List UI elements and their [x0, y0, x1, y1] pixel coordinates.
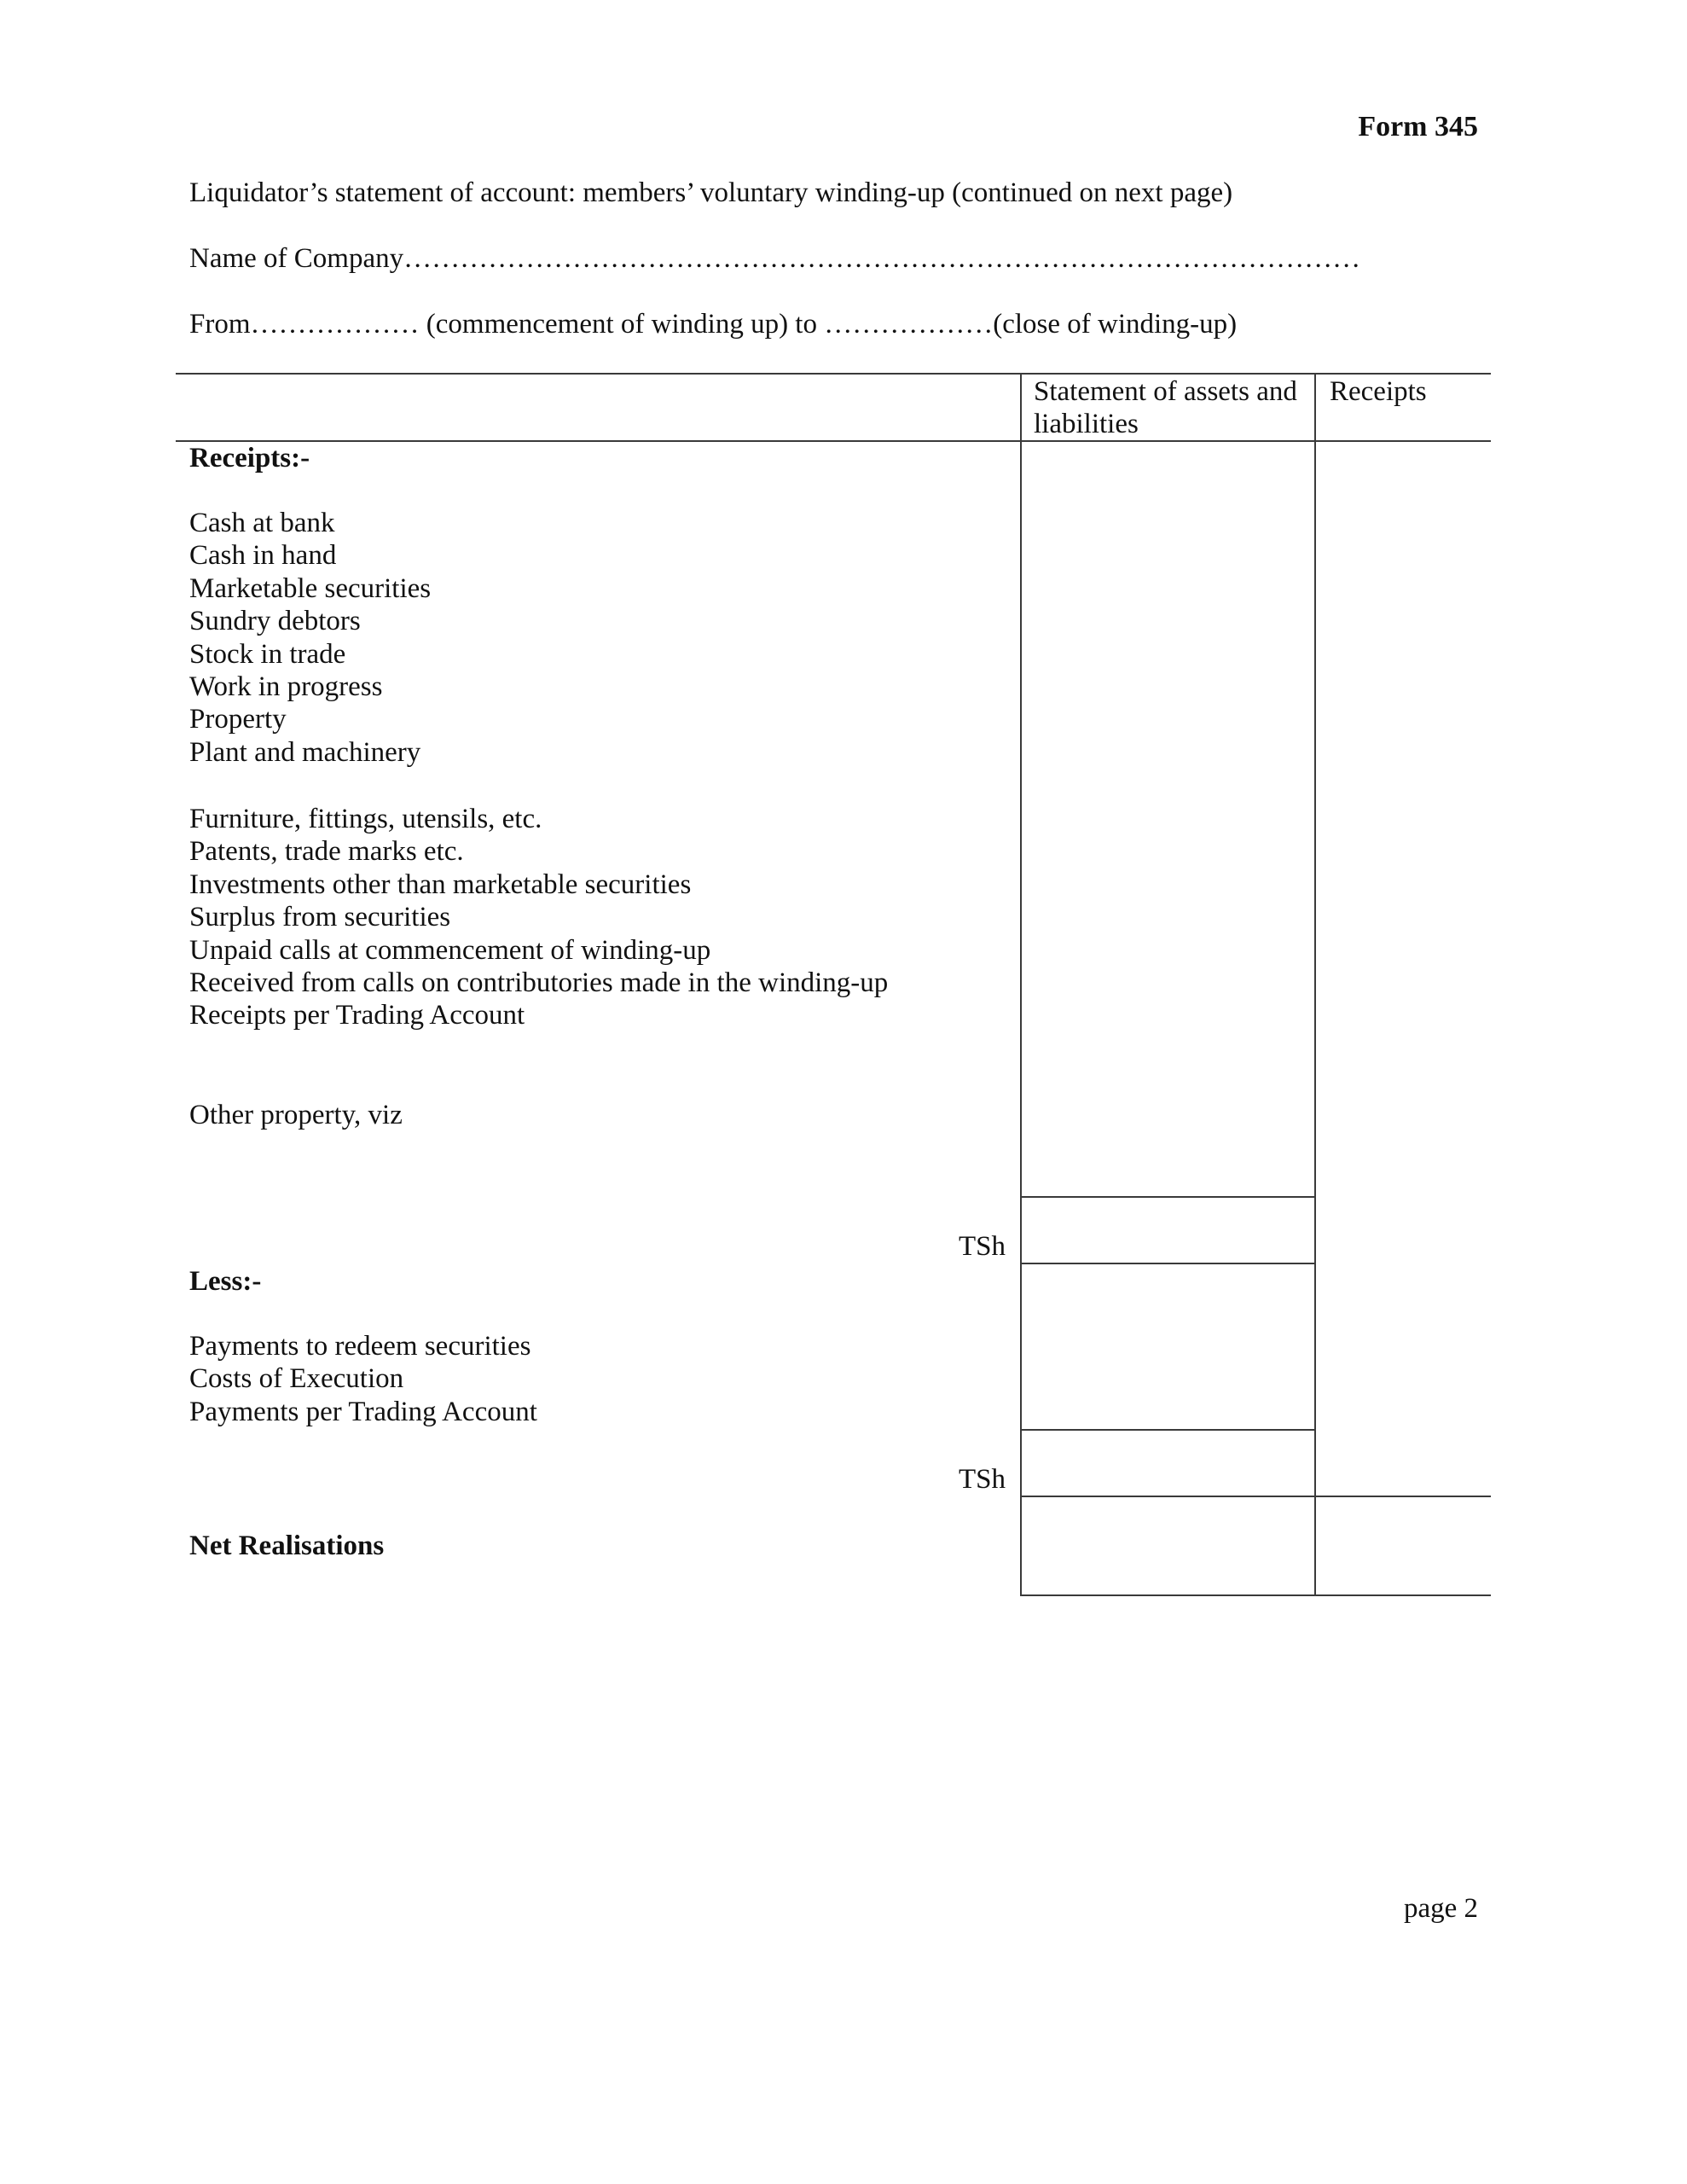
form-number: Form 345 — [1358, 111, 1478, 143]
period-to-field[interactable]: ……………… — [824, 309, 993, 340]
list-item: Surplus from securities — [189, 901, 450, 933]
list-item: Payments to redeem securities — [189, 1330, 530, 1362]
list-item: Patents, trade marks etc. — [189, 835, 464, 868]
statement-subtotal-cell-1[interactable] — [1022, 1198, 1314, 1263]
list-item: Work in progress — [189, 671, 382, 703]
period-from-field[interactable]: ……………… — [251, 309, 420, 340]
list-item: Cash at bank — [189, 507, 334, 539]
list-item: Payments per Trading Account — [189, 1396, 537, 1428]
period-line: From……………… (commencement of winding up) … — [189, 308, 1237, 340]
receipts-column-cell[interactable] — [1316, 442, 1491, 1496]
statement-title: Liquidator’s statement of account: membe… — [189, 177, 1232, 209]
subtotal-currency-1: TSh — [959, 1230, 1006, 1263]
table-top-rule — [176, 373, 1491, 375]
company-name-label: Name of Company — [189, 243, 403, 274]
subtotal-currency-2: TSh — [959, 1463, 1006, 1496]
list-item: Unpaid calls at commencement of winding-… — [189, 934, 710, 967]
list-item: Property — [189, 703, 287, 735]
net-realisations-label: Net Realisations — [189, 1530, 384, 1562]
list-item: Stock in trade — [189, 638, 345, 671]
period-from-note: (commencement of winding up) to — [420, 309, 825, 340]
list-item: Cash in hand — [189, 539, 336, 572]
statement-less-cell[interactable] — [1022, 1264, 1314, 1429]
receipts-net-cell[interactable] — [1316, 1497, 1491, 1594]
list-item: Investments other than marketable securi… — [189, 868, 691, 901]
statement-net-cell[interactable] — [1022, 1497, 1314, 1594]
list-item: Sundry debtors — [189, 605, 361, 637]
company-name-field[interactable]: ………………………………………………………………………………………… — [403, 243, 1360, 274]
list-item: Furniture, fittings, utensils, etc. — [189, 803, 542, 835]
statement-subtotal-cell-2[interactable] — [1022, 1431, 1314, 1496]
list-item: Costs of Execution — [189, 1362, 403, 1395]
list-item: Received from calls on contributories ma… — [189, 967, 888, 999]
other-property-label: Other property, viz — [189, 1099, 403, 1131]
table-bottom-rule — [1020, 1594, 1491, 1596]
company-name-line: Name of Company…………………………………………………………………… — [189, 242, 1360, 275]
list-item: Plant and machinery — [189, 736, 420, 769]
list-item: Receipts per Trading Account — [189, 999, 525, 1031]
less-heading: Less:- — [189, 1265, 261, 1298]
page-number: page 2 — [1404, 1892, 1478, 1925]
statement-receipts-cell[interactable] — [1022, 442, 1314, 1196]
period-to-note: (close of winding-up) — [993, 309, 1237, 340]
list-item: Marketable securities — [189, 572, 431, 605]
period-from-label: From — [189, 309, 251, 340]
column-header-receipts: Receipts — [1330, 375, 1427, 408]
column-header-statement: Statement of assets and liabilities — [1034, 375, 1307, 440]
receipts-heading: Receipts:- — [189, 442, 310, 474]
